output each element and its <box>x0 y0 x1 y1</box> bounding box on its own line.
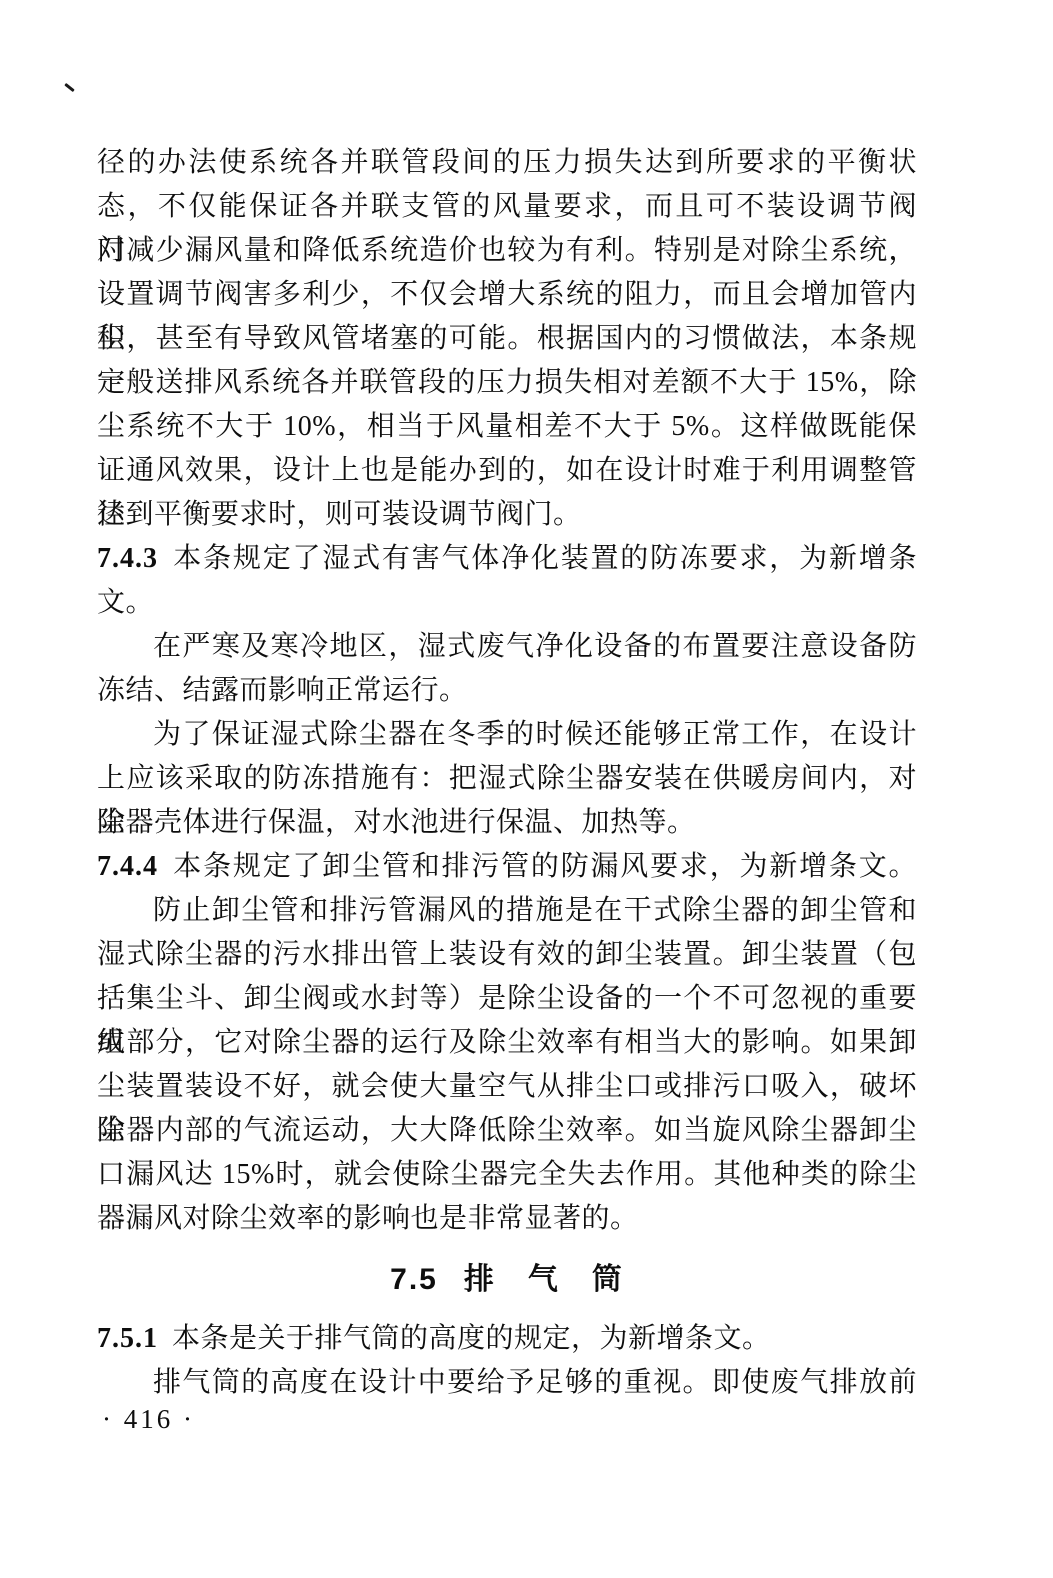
text-line: 尘器壳体进行保温，对水池进行保温、加热等。 <box>97 801 917 845</box>
text-line: 口漏风达 15%时，就会使除尘器完全失去作用。其他种类的除尘 <box>97 1153 917 1197</box>
chapter-title: 排 气 筒 <box>464 1263 624 1296</box>
text-line: 冻结、结露而影响正常运行。 <box>97 669 917 713</box>
text-line: 态，不仅能保证各并联支管的风量要求，而且可不装设调节阀门， <box>97 185 917 229</box>
text-line: 成部分，它对除尘器的运行及除尘效率有相当大的影响。如果卸 <box>97 1021 917 1065</box>
text-line: 括集尘斗、卸尘阀或水封等）是除尘设备的一个不可忽视的重要组 <box>97 977 917 1021</box>
chapter-heading-7-5: 7.5排 气 筒 <box>97 1257 917 1303</box>
text-line: 达到平衡要求时，则可装设调节阀门。 <box>97 493 917 537</box>
clause-7-4-3-line: 7.4.3本条规定了湿式有害气体净化装置的防冻要求，为新增条 <box>97 537 917 581</box>
text-line: 尘器内部的气流运动，大大降低除尘效率。如当旋风除尘器卸尘 <box>97 1109 917 1153</box>
clause-7-5-1-line: 7.5.1本条是关于排气筒的高度的规定，为新增条文。 <box>97 1317 917 1361</box>
text-line: 径的办法使系统各并联管段间的压力损失达到所要求的平衡状 <box>97 141 917 185</box>
text-line: 证通风效果，设计上也是能办到的，如在设计时难于利用调整管径 <box>97 449 917 493</box>
page-number: · 416 · <box>102 1404 195 1435</box>
text-line: 一般送排风系统各并联管段的压力损失相对差额不大于 15%，除 <box>97 361 917 405</box>
clause-text: 本条规定了卸尘管和排污管的防漏风要求，为新增条文。 <box>172 851 917 882</box>
text-line: 排气筒的高度在设计中要给予足够的重视。即使废气排放前 <box>97 1361 917 1405</box>
scan-speck-mark <box>64 83 75 92</box>
clause-number: 7.5.1 <box>97 1323 158 1354</box>
text-line: 上应该采取的防冻措施有：把湿式除尘器安装在供暖房间内，对除 <box>97 757 917 801</box>
text-line: 在严寒及寒冷地区，湿式废气净化设备的布置要注意设备防 <box>97 625 917 669</box>
clause-text: 本条规定了湿式有害气体净化装置的防冻要求，为新增条 <box>172 543 917 574</box>
chapter-number: 7.5 <box>390 1263 438 1296</box>
text-line: 器漏风对除尘效率的影响也是非常显著的。 <box>97 1197 917 1241</box>
clause-text: 本条是关于排气筒的高度的规定，为新增条文。 <box>172 1323 771 1354</box>
clause-number: 7.4.3 <box>97 543 158 574</box>
text-line: 尘系统不大于 10%，相当于风量相差不大于 5%。这样做既能保 <box>97 405 917 449</box>
text-line: 尘，甚至有导致风管堵塞的可能。根据国内的习惯做法，本条规定 <box>97 317 917 361</box>
text-line: 设置调节阀害多利少，不仅会增大系统的阻力，而且会增加管内积 <box>97 273 917 317</box>
clause-7-4-4-line: 7.4.4本条规定了卸尘管和排污管的防漏风要求，为新增条文。 <box>97 845 917 889</box>
text-line: 防止卸尘管和排污管漏风的措施是在干式除尘器的卸尘管和 <box>97 889 917 933</box>
text-line: 对减少漏风量和降低系统造价也较为有利。特别是对除尘系统， <box>97 229 917 273</box>
text-line: 湿式除尘器的污水排出管上装设有效的卸尘装置。卸尘装置（包 <box>97 933 917 977</box>
text-line: 尘装置装设不好，就会使大量空气从排尘口或排污口吸入，破坏除 <box>97 1065 917 1109</box>
page-text-block: 径的办法使系统各并联管段间的压力损失达到所要求的平衡状 态，不仅能保证各并联支管… <box>97 141 917 1405</box>
text-line: 文。 <box>97 581 917 625</box>
text-line: 为了保证湿式除尘器在冬季的时候还能够正常工作，在设计 <box>97 713 917 757</box>
clause-number: 7.4.4 <box>97 851 158 882</box>
